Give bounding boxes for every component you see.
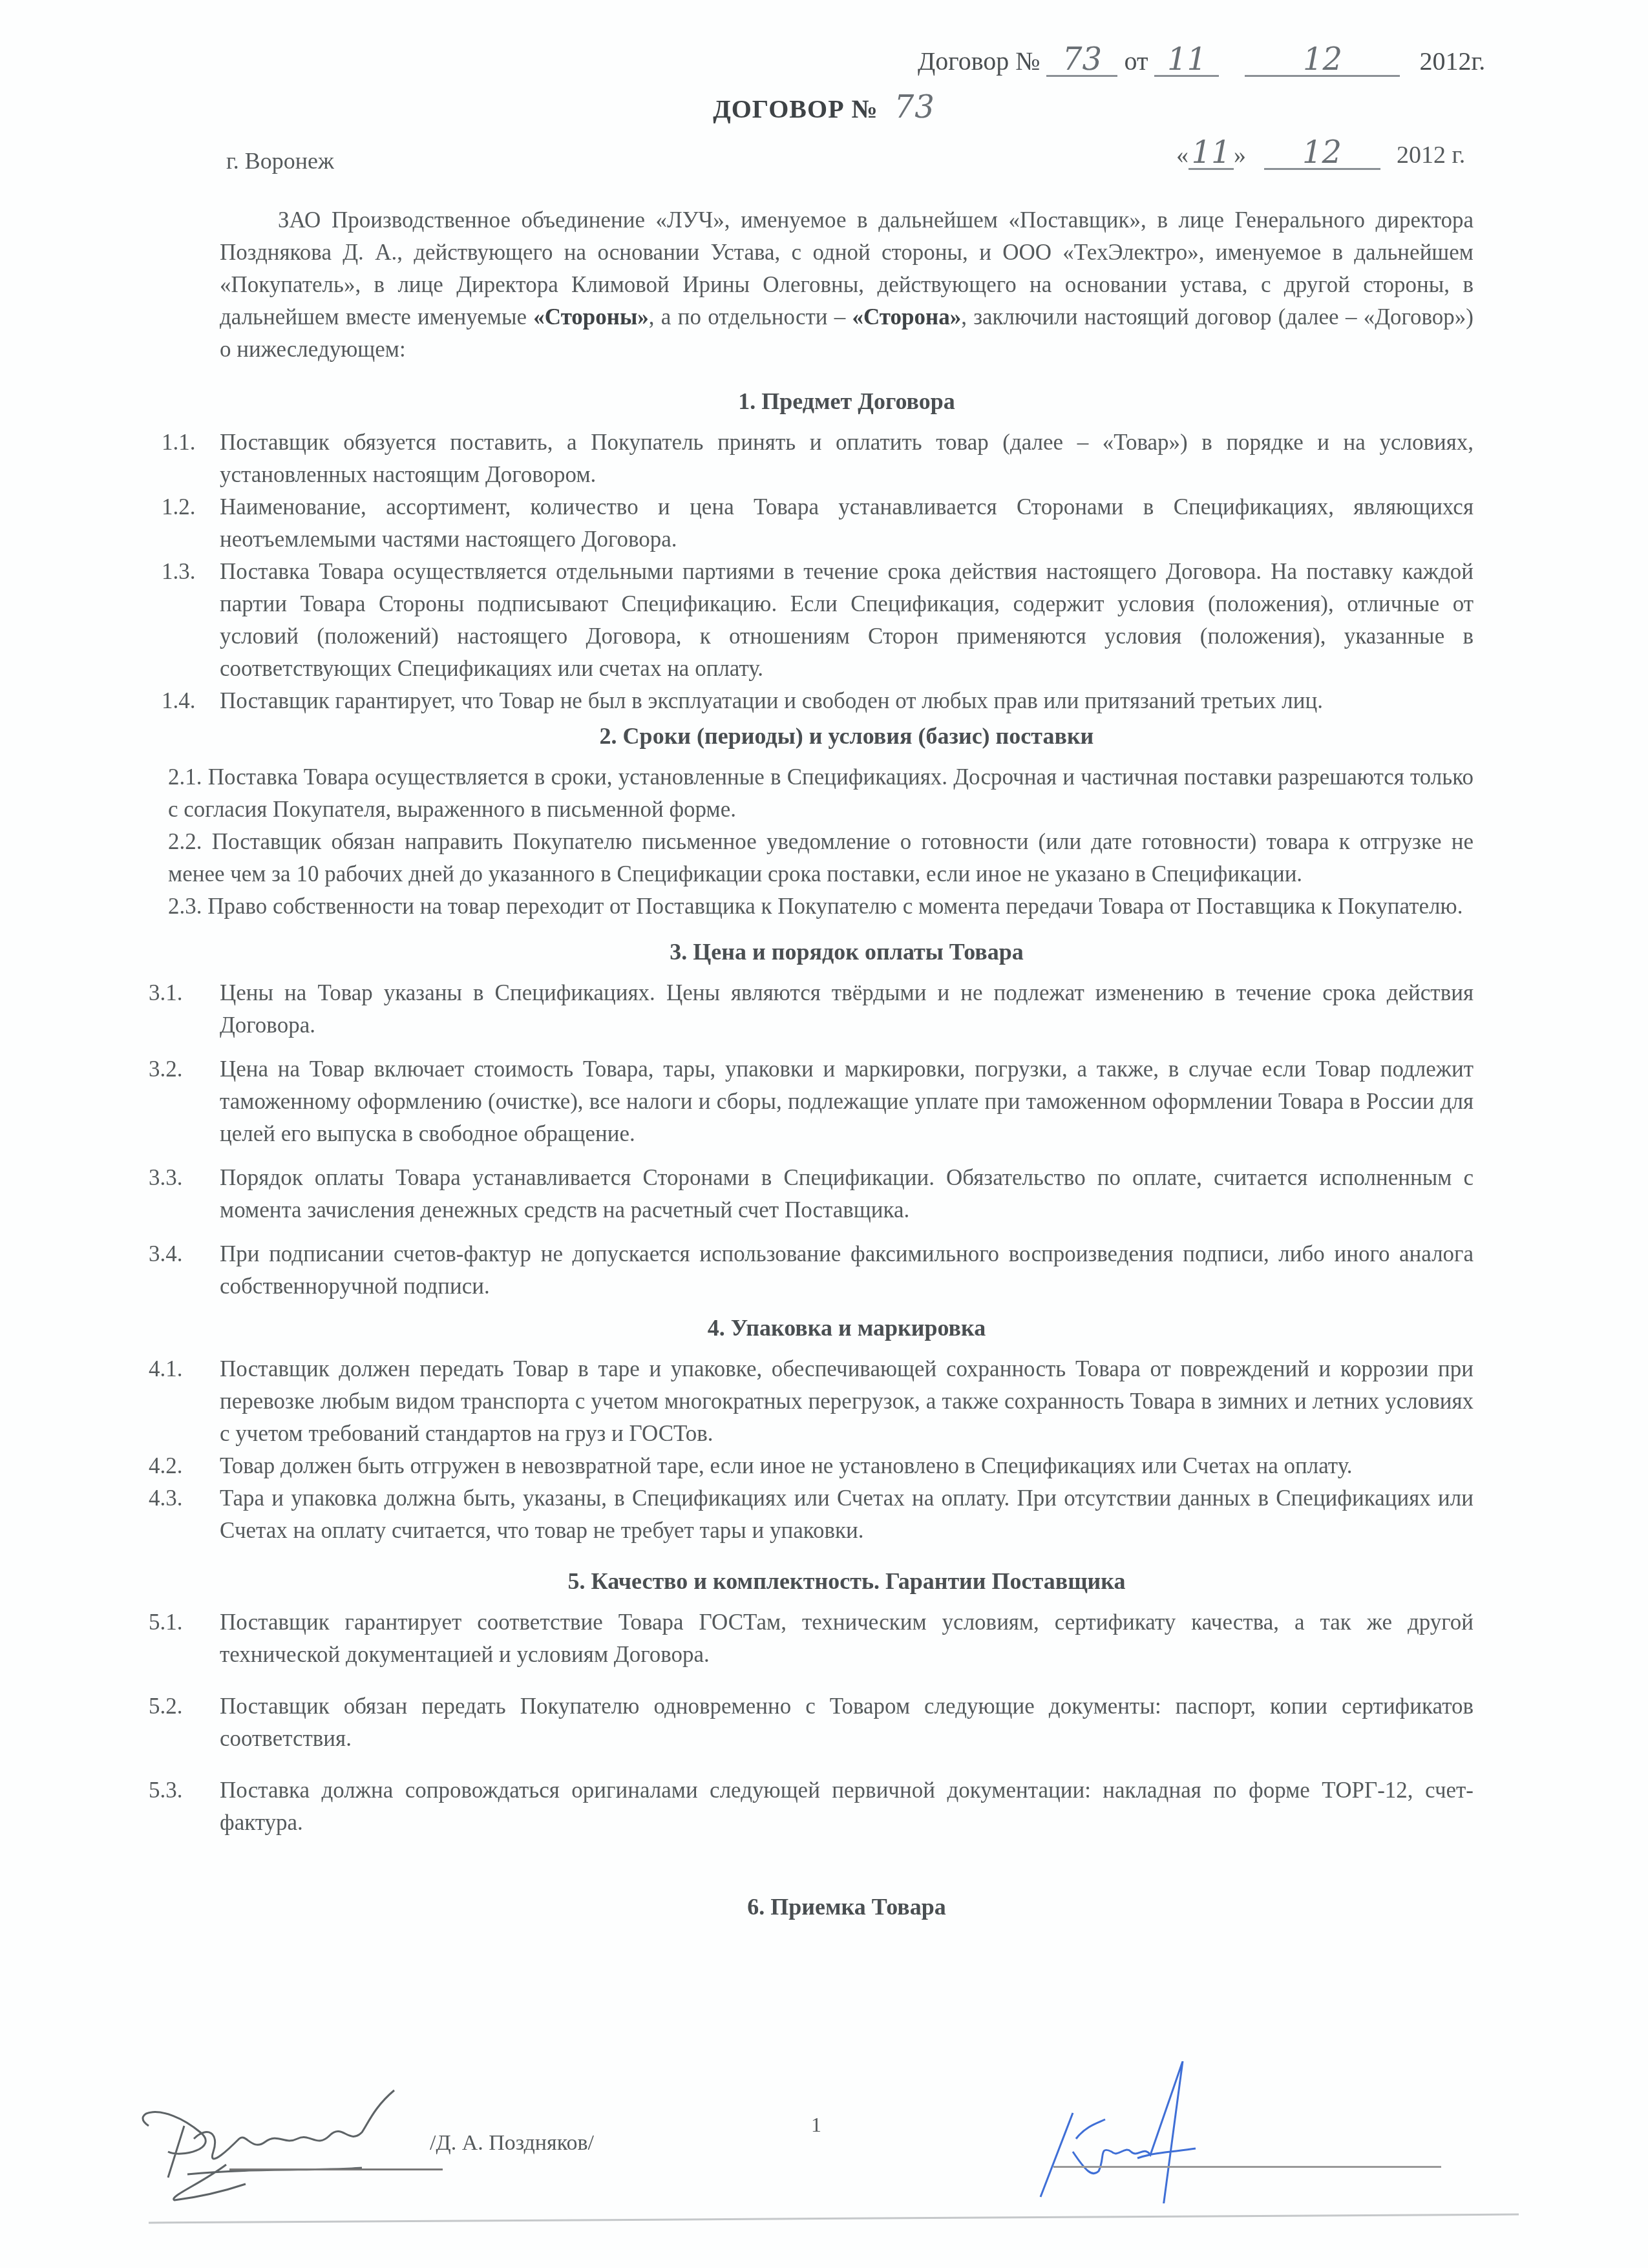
supplier-signatory-name: /Д. А. Поздняков/ bbox=[430, 2131, 594, 2156]
clause-5-3: 5.3.Поставка должна сопровождаться ориги… bbox=[220, 1774, 1474, 1839]
clause-text: Цены на Товар указаны в Спецификациях. Ц… bbox=[220, 980, 1474, 1038]
clause-text: Поставка должна сопровождаться оригинала… bbox=[220, 1778, 1474, 1835]
clause-text: Порядок оплаты Товара устанавливается Ст… bbox=[220, 1165, 1474, 1223]
clause-1-4: 1.4.Поставщик гарантирует, что Товар не … bbox=[220, 685, 1474, 717]
reference-year: 2012г. bbox=[1419, 47, 1485, 76]
preamble-text-2: , а по отдельности – bbox=[649, 304, 852, 330]
section-heading-4: 4. Упаковка и маркировка bbox=[220, 1312, 1474, 1344]
clause-text: Поставщик обязуется поставить, а Покупат… bbox=[220, 430, 1474, 487]
date-month: 12 bbox=[1264, 137, 1380, 170]
quote-close: » bbox=[1234, 142, 1246, 169]
clause-number: 5.3. bbox=[149, 1774, 183, 1807]
section-heading-2: 2. Сроки (периоды) и условия (базис) пос… bbox=[220, 720, 1474, 752]
clause-5-1: 5.1.Поставщик гарантирует соответствие Т… bbox=[220, 1606, 1474, 1671]
city: г. Воронеж bbox=[226, 147, 334, 174]
date-day: 11 bbox=[1188, 137, 1234, 170]
contract-body: ЗАО Производственное объединение «ЛУЧ», … bbox=[220, 204, 1474, 1923]
preamble-bold-parties: «Стороны» bbox=[533, 304, 649, 330]
clause-3-2: 3.2.Цена на Товар включает стоимость Тов… bbox=[220, 1053, 1474, 1150]
preamble: ЗАО Производственное объединение «ЛУЧ», … bbox=[220, 204, 1474, 366]
clause-number: 4.3. bbox=[149, 1482, 183, 1515]
clause-3-4: 3.4.При подписании счетов-фактур не допу… bbox=[220, 1238, 1474, 1303]
reference-from: от bbox=[1124, 47, 1148, 76]
clause-3-1: 3.1.Цены на Товар указаны в Спецификация… bbox=[220, 977, 1474, 1042]
page-number: 1 bbox=[811, 2113, 821, 2137]
clause-text: Поставщик гарантирует, что Товар не был … bbox=[220, 688, 1323, 713]
clause-2-3: 2.3. Право собственности на товар перехо… bbox=[168, 890, 1474, 923]
date-year: 2012 г. bbox=[1397, 142, 1465, 169]
buyer-signature-line bbox=[1053, 2166, 1441, 2168]
clause-text: Поставщик гарантирует соответствие Товар… bbox=[220, 1610, 1474, 1667]
clause-5-2: 5.2.Поставщик обязан передать Покупателю… bbox=[220, 1690, 1474, 1755]
document-title-number: 73 bbox=[894, 89, 935, 125]
reference-month: 12 bbox=[1245, 44, 1400, 77]
clause-1-3: 1.3.Поставка Товара осуществляется отдел… bbox=[220, 556, 1474, 685]
clause-number: 4.1. bbox=[149, 1353, 183, 1385]
clause-text: При подписании счетов-фактур не допускае… bbox=[220, 1241, 1474, 1299]
clause-number: 4.2. bbox=[149, 1450, 183, 1482]
clause-text: Наименование, ассортимент, количество и … bbox=[220, 494, 1474, 552]
quote-open: « bbox=[1176, 142, 1188, 169]
clause-number: 1.3. bbox=[162, 556, 196, 588]
clause-number: 5.1. bbox=[149, 1606, 183, 1639]
clause-text: Тара и упаковка должна быть, указаны, в … bbox=[220, 1486, 1474, 1543]
document-title: ДОГОВОР № 73 bbox=[0, 89, 1648, 125]
section-heading-6: 6. Приемка Товара bbox=[220, 1891, 1474, 1923]
clause-number: 5.2. bbox=[149, 1690, 183, 1723]
clause-2-2: 2.2. Поставщик обязан направить Покупате… bbox=[168, 826, 1474, 890]
preamble-bold-party: «Сторона» bbox=[852, 304, 962, 330]
clause-1-2: 1.2.Наименование, ассортимент, количеств… bbox=[220, 491, 1474, 556]
clause-2-1: 2.1. Поставка Товара осуществляется в ср… bbox=[168, 761, 1474, 826]
reference-prefix: Договор № bbox=[918, 47, 1040, 76]
clause-4-3: 4.3.Тара и упаковка должна быть, указаны… bbox=[220, 1482, 1474, 1547]
clause-number: 1.2. bbox=[162, 491, 196, 523]
clause-text: Поставка Товара осуществляется отдельным… bbox=[220, 559, 1474, 681]
clause-number: 1.4. bbox=[162, 685, 196, 717]
clause-number: 3.2. bbox=[149, 1053, 183, 1086]
clause-text: Поставщик обязан передать Покупателю одн… bbox=[220, 1694, 1474, 1751]
contract-date: «11» 12 2012 г. bbox=[1176, 137, 1465, 170]
reference-day: 11 bbox=[1154, 44, 1219, 77]
clause-number: 3.3. bbox=[149, 1162, 183, 1194]
clause-4-2: 4.2.Товар должен быть отгружен в невозвр… bbox=[220, 1450, 1474, 1482]
reference-number: 73 bbox=[1046, 44, 1117, 77]
clause-text: Поставщик должен передать Товар в таре и… bbox=[220, 1356, 1474, 1446]
contract-reference-line: Договор № 73 от 11 12 2012г. bbox=[918, 44, 1485, 77]
clause-4-1: 4.1.Поставщик должен передать Товар в та… bbox=[220, 1353, 1474, 1450]
clause-1-1: 1.1.Поставщик обязуется поставить, а Пок… bbox=[220, 426, 1474, 491]
scan-edge-line bbox=[149, 2214, 1519, 2224]
supplier-signature-line bbox=[229, 2168, 443, 2170]
clause-text: Цена на Товар включает стоимость Товара,… bbox=[220, 1056, 1474, 1146]
clause-number: 1.1. bbox=[162, 426, 196, 459]
buyer-signature-icon bbox=[1028, 2061, 1260, 2203]
clause-text: Товар должен быть отгружен в невозвратно… bbox=[220, 1453, 1352, 1478]
clause-number: 3.1. bbox=[149, 977, 183, 1009]
section-heading-1: 1. Предмет Договора bbox=[220, 385, 1474, 417]
section-heading-3: 3. Цена и порядок оплаты Товара bbox=[220, 936, 1474, 968]
clause-3-3: 3.3.Порядок оплаты Товара устанавливаетс… bbox=[220, 1162, 1474, 1226]
clause-number: 3.4. bbox=[149, 1238, 183, 1270]
document-title-label: ДОГОВОР № bbox=[713, 94, 878, 123]
section-heading-5: 5. Качество и комплектность. Гарантии По… bbox=[220, 1565, 1474, 1597]
